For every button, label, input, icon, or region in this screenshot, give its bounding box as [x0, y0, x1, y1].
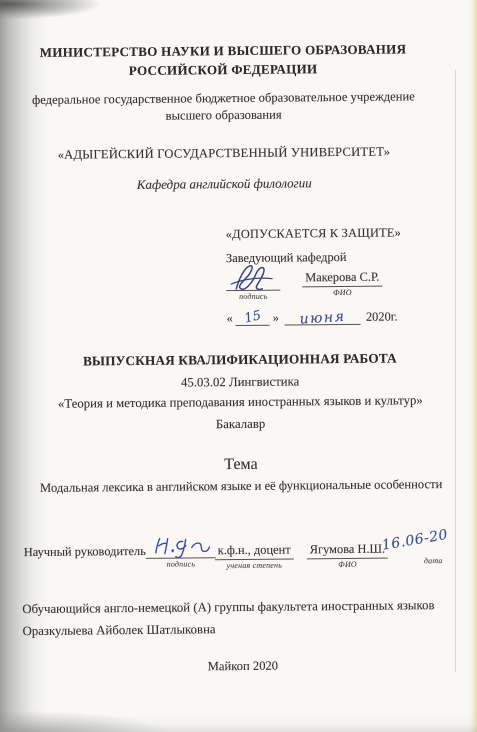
approval-title: «ДОПУСКАЕТСЯ К ЗАЩИТЕ» [226, 225, 452, 242]
theme-block: Тема Модальная лексика в английском язык… [11, 454, 471, 496]
date-day-slot: 15 [236, 310, 270, 326]
approval-date-row: «15»июня2020г. [226, 308, 452, 326]
supervisor-date-field: 16.06-20 дата [382, 532, 477, 549]
ministry-header: МИНИСТЕРСТВО НАУКИ И ВЫСШЕГО ОБРАЗОВАНИЯ… [3, 39, 443, 81]
work-title: ВЫПУСКНАЯ КВАЛИФИКАЦИОННАЯ РАБОТА [10, 350, 470, 370]
institution-lines: федеральное государственное бюджетное об… [3, 88, 443, 126]
supervisor-label: Научный руководитель [24, 544, 146, 560]
theme-label: Тема [11, 454, 471, 476]
head-name-caption: ФИО [302, 288, 382, 298]
head-name: Макерова С.Р. [302, 270, 382, 288]
head-signature-row: подпись Макерова С.Р. ФИО [226, 269, 452, 301]
approval-block: «ДОПУСКАЕТСЯ К ЗАЩИТЕ» Заведующий кафедр… [226, 225, 453, 326]
supervisor-degree-caption: ученая степень [215, 560, 294, 570]
student-block: Обучающийся англо-немецкой (А) группы фа… [22, 594, 467, 642]
page-content: МИНИСТЕРСТВО НАУКИ И ВЫСШЕГО ОБРАЗОВАНИЯ… [0, 0, 477, 732]
university-name: «АДЫГЕЙСКИЙ ГОСУДАРСТВЕННЫЙ УНИВЕРСИТЕТ» [4, 144, 444, 163]
date-close-quote: » [273, 311, 279, 325]
handwritten-month: июня [300, 309, 347, 328]
supervisor-name: Ягумова Н.Ш. [307, 542, 389, 560]
supervisor-name-caption: ФИО [307, 560, 388, 570]
head-signature-icon [228, 263, 276, 293]
city-year: Майкоп 2020 [13, 657, 473, 676]
supervisor-date-caption: дата [424, 556, 443, 565]
supervisor-signature-field: подпись [146, 543, 216, 569]
date-year: 2020г. [366, 309, 398, 323]
supervisor-degree-field: к.ф.н., доцент ученая степень [215, 542, 294, 570]
supervisor-degree: к.ф.н., доцент [215, 542, 294, 560]
theme-title: Модальная лексика в английском языке и е… [11, 477, 471, 496]
specialty-code: 45.03.02 Лингвистика [10, 373, 470, 392]
work-title-block: ВЫПУСКНАЯ КВАЛИФИКАЦИОННАЯ РАБОТА 45.03.… [10, 350, 471, 434]
handwritten-day: 15 [243, 308, 262, 326]
date-open-quote: « [226, 311, 232, 325]
supervisor-name-field: Ягумова Н.Ш. ФИО [307, 542, 389, 570]
head-signature-field: подпись [226, 271, 280, 302]
date-month-slot: июня [285, 309, 361, 326]
scanned-thesis-title-page: МИНИСТЕРСТВО НАУКИ И ВЫСШЕГО ОБРАЗОВАНИЯ… [0, 0, 477, 732]
supervisor-signature-icon [152, 534, 210, 561]
head-name-field: Макерова С.Р. ФИО [302, 270, 382, 298]
handwritten-date: 16.06-20 [381, 527, 449, 554]
student-group-line: Обучающийся англо-немецкой (А) группы фа… [22, 594, 467, 620]
student-name: Оразкулыева Айболек Шатлыковна [22, 616, 467, 642]
department-name: Кафедра английской филологии [4, 174, 444, 194]
degree-level: Бакалавр [11, 415, 471, 434]
program-name: «Теория и методика преподавания иностран… [10, 393, 470, 412]
supervisor-row: Научный руководитель подпись к.ф.н., доц… [24, 535, 476, 581]
